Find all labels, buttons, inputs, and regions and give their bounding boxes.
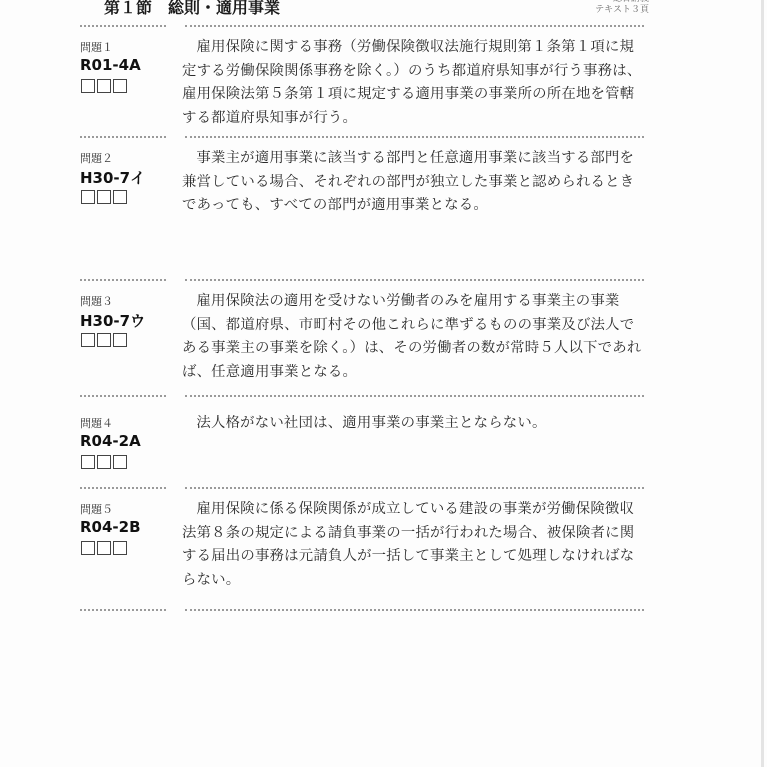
separator — [80, 487, 166, 489]
checkbox[interactable] — [81, 333, 95, 347]
checkbox[interactable] — [81, 455, 95, 469]
reference-line-2: テキスト３頁 — [595, 5, 649, 16]
question-text: 雇用保険法の適用を受けない労働者のみを雇用する事業主の事業（国、都道府県、市町村… — [182, 290, 648, 384]
question-text: 法人格がない社団は、適用事業の事業主とならない。 — [182, 412, 648, 436]
question-text: 事業主が適用事業に該当する部門と任意適用事業に該当する部門を兼営している場合、そ… — [182, 147, 648, 218]
checkbox[interactable] — [97, 541, 111, 555]
checkbox[interactable] — [113, 79, 127, 93]
check-boxes — [81, 455, 127, 469]
question-number: 問題４ — [80, 415, 113, 431]
page-edge — [761, 0, 764, 767]
exam-code: H30-7ウ — [80, 310, 145, 331]
exam-code: R04-2A — [80, 432, 141, 450]
separator — [185, 25, 644, 27]
checkbox[interactable] — [113, 190, 127, 204]
separator — [80, 609, 166, 611]
separator — [80, 136, 166, 138]
separator — [80, 279, 166, 281]
checkbox[interactable] — [113, 333, 127, 347]
question-number: 問題３ — [80, 293, 113, 309]
exam-code: H30-7イ — [80, 167, 145, 188]
check-boxes — [81, 541, 127, 555]
separator — [185, 395, 644, 397]
checkbox[interactable] — [113, 541, 127, 555]
checkbox[interactable] — [81, 79, 95, 93]
text-reference: ⇒総合講義 テキスト３頁 — [595, 0, 649, 16]
separator — [185, 487, 644, 489]
separator — [80, 25, 166, 27]
separator — [185, 136, 644, 138]
check-boxes — [81, 190, 127, 204]
checkbox[interactable] — [113, 455, 127, 469]
check-boxes — [81, 333, 127, 347]
checkbox[interactable] — [97, 333, 111, 347]
checkbox[interactable] — [97, 190, 111, 204]
exam-code: R01-4A — [80, 56, 141, 74]
separator — [185, 609, 644, 611]
check-boxes — [81, 79, 127, 93]
checkbox[interactable] — [97, 455, 111, 469]
question-text: 雇用保険に関する事務（労働保険徴収法施行規則第１条第１項に規定する労働保険関係事… — [182, 36, 648, 130]
checkbox[interactable] — [81, 190, 95, 204]
checkbox[interactable] — [81, 541, 95, 555]
question-number: 問題１ — [80, 39, 113, 55]
question-text: 雇用保険に係る保険関係が成立している建設の事業が労働保険徴収法第８条の規定による… — [182, 498, 648, 592]
question-number: 問題５ — [80, 501, 113, 517]
section-title: 第１節 総則・適用事業 — [104, 0, 280, 18]
separator — [80, 395, 166, 397]
question-number: 問題２ — [80, 150, 113, 166]
exam-code: R04-2B — [80, 518, 141, 536]
separator — [185, 279, 644, 281]
checkbox[interactable] — [97, 79, 111, 93]
